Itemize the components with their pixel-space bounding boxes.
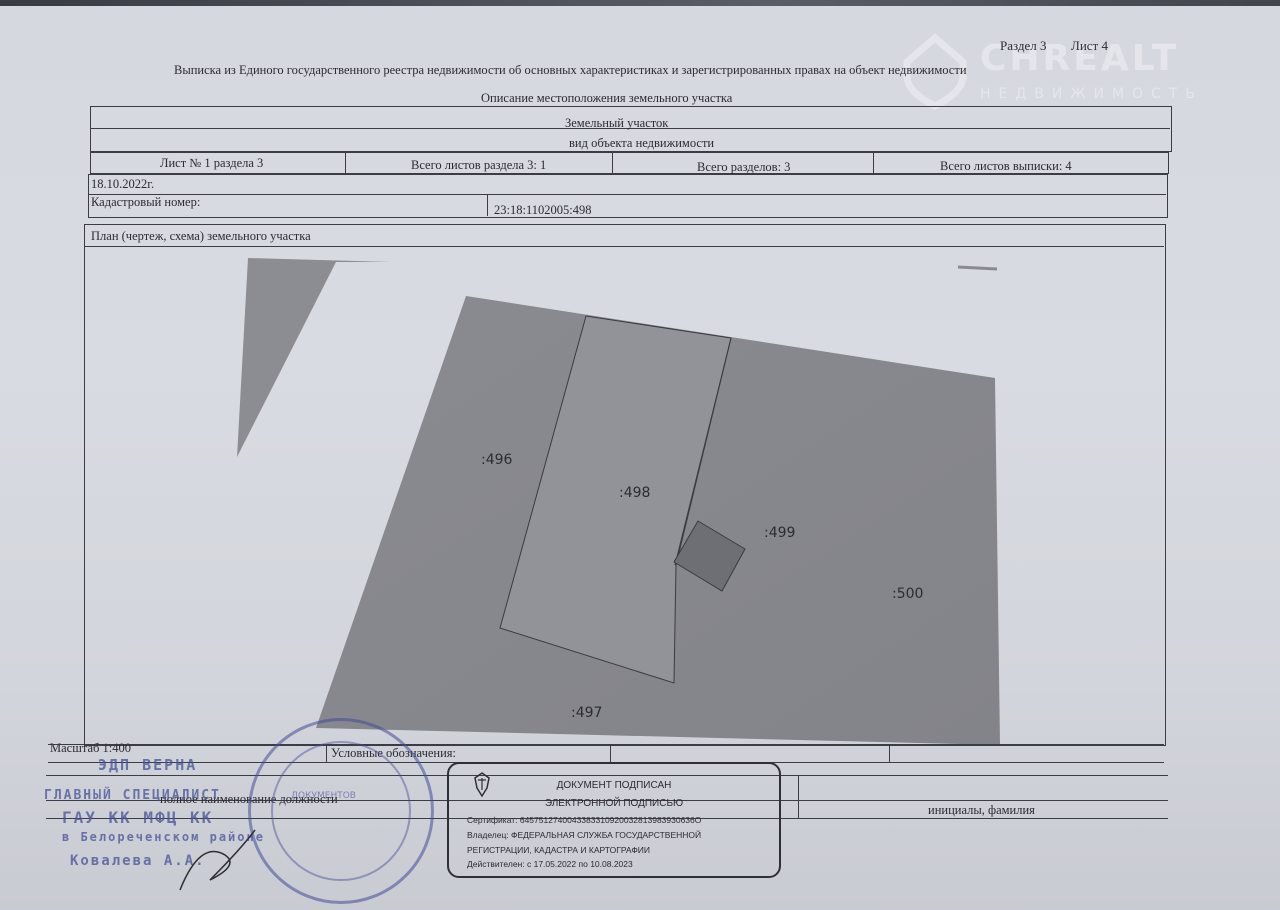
cadastral-box	[88, 174, 1168, 218]
validity: Действителен: с 17.05.2022 по 10.08.2023	[467, 859, 633, 869]
object-type: Земельный участок	[565, 116, 668, 131]
cadastral-number: 23:18:1102005:498	[494, 203, 591, 218]
round-stamp-text: ДОКУМЕНТОВ	[291, 791, 356, 801]
object-type-caption: вид объекта недвижимости	[569, 136, 714, 151]
divider	[798, 775, 799, 818]
document-subtitle: Описание местоположения земельного участ…	[481, 91, 732, 106]
plan-box	[84, 224, 1166, 746]
divider	[610, 744, 611, 762]
signed-line-1: ДОКУМЕНТ ПОДПИСАН	[449, 780, 779, 791]
extract-date: 18.10.2022г.	[91, 177, 154, 192]
total-sheets-extract: Всего листов выписки: 4	[940, 159, 1072, 174]
divider	[345, 152, 346, 173]
sheet-of-section: Лист № 1 раздела 3	[160, 156, 263, 171]
divider	[88, 194, 1166, 195]
divider	[612, 152, 613, 173]
initials-caption: инициалы, фамилия	[928, 803, 1035, 818]
signed-line-2: ЭЛЕКТРОННОЙ ПОДПИСЬЮ	[449, 798, 779, 809]
plan-title: План (чертеж, схема) земельного участка	[91, 229, 311, 244]
stamp-line-2: ГЛАВНЫЙ СПЕЦИАЛИСТ	[44, 788, 221, 803]
divider	[48, 744, 1164, 745]
sheet-number: Лист 4	[1071, 38, 1108, 54]
total-sections: Всего разделов: 3	[697, 160, 790, 175]
document-title: Выписка из Единого государственного реес…	[174, 63, 967, 78]
owner-line-1: Владелец: ФЕДЕРАЛЬНАЯ СЛУЖБА ГОСУДАРСТВЕ…	[467, 830, 701, 840]
handwritten-signature	[170, 820, 260, 900]
certificate: Сертификат: 6457512740043383310920032813…	[467, 815, 701, 825]
round-stamp: ДОКУМЕНТОВ	[248, 718, 434, 904]
divider	[873, 152, 874, 173]
watermark-subtitle: НЕДВИЖИМОСТЬ	[980, 86, 1203, 102]
electronic-signature-block: ДОКУМЕНТ ПОДПИСАН ЭЛЕКТРОННОЙ ПОДПИСЬЮ С…	[447, 762, 781, 878]
divider	[487, 195, 488, 216]
total-sheets-section: Всего листов раздела 3: 1	[411, 158, 546, 173]
stamp-line-1: ЭДП ВЕРНА	[98, 756, 197, 774]
section-number: Раздел 3	[1000, 38, 1047, 54]
owner-line-2: РЕГИСТРАЦИИ, КАДАСТРА И КАРТОГРАФИИ	[467, 845, 650, 855]
divider	[84, 246, 1164, 247]
divider	[889, 744, 890, 762]
cadastral-label: Кадастровый номер:	[91, 195, 200, 210]
